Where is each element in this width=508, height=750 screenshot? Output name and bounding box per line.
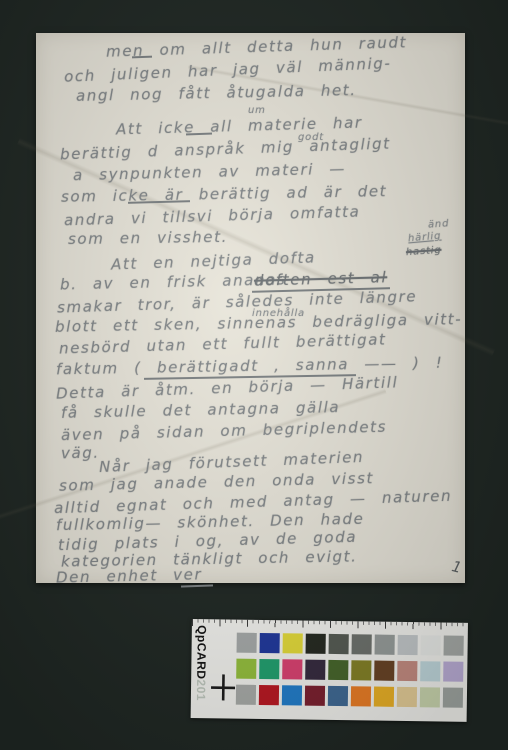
- color-patch: [351, 660, 371, 680]
- color-patch: [375, 635, 395, 655]
- handwritten-line: b. av en frisk ananas: [60, 270, 287, 293]
- color-patch: [305, 686, 325, 706]
- color-patch: [237, 633, 257, 653]
- handwritten-line: som en visshet.: [68, 228, 228, 248]
- margin-note: änd: [428, 218, 450, 230]
- color-patch-grid: [236, 633, 464, 708]
- color-patch: [351, 686, 371, 706]
- color-patch: [259, 685, 279, 705]
- handwritten-insertion: um: [248, 105, 266, 116]
- color-patch: [283, 633, 303, 653]
- handwritten-line: angl nog fått åtugalda het.: [76, 81, 357, 105]
- color-patch: [397, 661, 417, 681]
- color-patch: [259, 659, 279, 679]
- color-patch: [443, 688, 463, 708]
- color-patch: [421, 635, 441, 655]
- color-patch: [236, 659, 256, 679]
- color-patch: [329, 634, 349, 654]
- color-patch: [420, 687, 440, 707]
- handwritten-line: även på sidan om begriplendets: [61, 418, 387, 445]
- color-patch: [397, 687, 417, 707]
- color-patch: [282, 685, 302, 705]
- qpcard-model-text: 201: [194, 679, 208, 701]
- handwritten-crossed-out-phrase: doften est al: [254, 268, 388, 289]
- color-patch: [328, 660, 348, 680]
- scan-photo: { "colors": { "mat_background": "#202824…: [0, 0, 508, 750]
- color-patch: [444, 636, 464, 656]
- color-patch: [260, 633, 280, 653]
- color-patch: [374, 687, 394, 707]
- handwritten-line: väg.: [61, 444, 100, 463]
- ruler-scale: [192, 619, 468, 630]
- margin-note: härlig: [408, 231, 442, 245]
- handwritten-line: få skulle det antagna gälla: [61, 398, 341, 422]
- color-patch: [352, 634, 372, 654]
- registration-cross-icon: [211, 674, 235, 700]
- handwritten-line: Att icke all materie har: [116, 114, 363, 139]
- handwritten-line: andra vi tillsvi börja omfatta: [64, 203, 361, 230]
- handwritten-line: a synpunkten av materi —: [73, 160, 346, 185]
- color-patch: [443, 662, 463, 682]
- color-patch: [305, 660, 325, 680]
- color-calibration-card: QpCARD201: [191, 619, 468, 722]
- manuscript-page: men om allt detta hun raudt och juligen …: [36, 33, 465, 583]
- qpcard-logo: QpCARD201: [194, 625, 209, 715]
- handwritten-line: Den enhet ver: [56, 565, 203, 586]
- handwritten-line: Detta är åtm. en börja — Härtill: [56, 373, 399, 402]
- underline-mark: [181, 584, 213, 587]
- color-patch: [374, 661, 394, 681]
- color-patch: [398, 635, 418, 655]
- color-patch: [306, 634, 326, 654]
- color-patch: [328, 686, 348, 706]
- qpcard-brand-text: QpCARD: [194, 625, 209, 680]
- color-patch: [236, 685, 256, 705]
- color-patch: [282, 659, 302, 679]
- page-number-mark: 1: [450, 557, 464, 577]
- color-patch: [420, 661, 440, 681]
- margin-note-crossed-out: hastig: [406, 245, 442, 258]
